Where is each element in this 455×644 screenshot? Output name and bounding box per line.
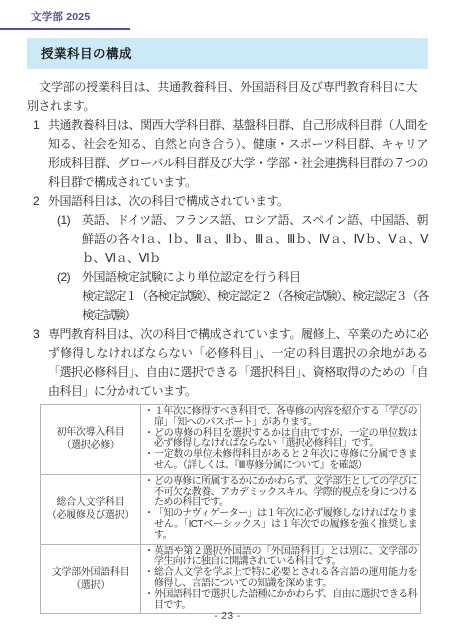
bullet-text: 英語や第２選択外国語の「外国語科目」とは別に、文学部の学生向けに独自に開講されて… xyxy=(154,547,417,569)
sub-item-2: (2) 外国語検定試験により単位認定を行う科目 xyxy=(27,268,428,287)
content-area: 授業科目の構成 文学部の授業科目は、共通教養科目、外国語科目及び専門教育科目に大… xyxy=(0,38,455,614)
bullet-icon: ・ xyxy=(144,407,154,429)
list-item-number: 2 xyxy=(33,192,48,211)
page-number: - 23 - xyxy=(0,611,455,622)
page-header: 文学部 2025 xyxy=(0,0,455,30)
table-bullet: ・ 一定数の単位未修得科目があると２年次に専修に分属できません。（詳しくは、『Ⅲ… xyxy=(144,450,417,472)
bullet-text: 総合人文学を学ぶ上で特に必要とされる各言語の運用能力を修得し、言語についての知識… xyxy=(154,568,417,590)
sub-item-1: (1) 英語、ドイツ語、フランス語、ロシア語、スペイン語、中国語、朝鮮語の各々Ⅰ… xyxy=(27,211,428,268)
bullet-icon: ・ xyxy=(144,568,154,590)
bullet-icon: ・ xyxy=(144,590,154,612)
bullet-text: どの専修に所属するかにかかわらず、文学部生としての学びに不可欠な教養、アカデミッ… xyxy=(154,477,417,509)
sub-item-number: (2) xyxy=(57,268,82,287)
header-label: 文学部 2025 xyxy=(31,9,455,24)
table-bullet: ・ 外国語科目で選択した語種にかかわらず、自由に選択できる科目です。 xyxy=(144,590,417,612)
category-type: （必履修及び選択） xyxy=(42,509,139,522)
table-bullet: ・ どの専修に所属するかにかかわらず、文学部生としての学びに不可欠な教養、アカデ… xyxy=(144,477,417,509)
table-bullet: ・ １年次に修得すべき科目で、各専修の内容を紹介する「学びの扉」「知へのパスポー… xyxy=(144,407,417,429)
list-item-text: 専門教育科目は、次の科目で構成されています。履修上、卒業のために必ず修得しなけれ… xyxy=(48,325,428,401)
table-bullet: ・ 英語や第２選択外国語の「外国語科目」とは別に、文学部の学生向けに独自に開講さ… xyxy=(144,547,417,569)
list-item-text: 共通教養科目は、関西大学科目群、基盤科目群、自己形成科目群（人間を知る、社会を知… xyxy=(48,116,428,192)
list-item-number: 3 xyxy=(33,325,48,401)
table-bullet: ・ 「知のナヴィゲーター」は１年次に必ず履修しなければなりません。「ICTベーシ… xyxy=(144,509,417,541)
category-name: 総合人文学科目 xyxy=(42,496,139,509)
bullet-text: 外国語科目で選択した語種にかかわらず、自由に選択できる科目です。 xyxy=(154,590,417,612)
sub-item-text: 外国語検定試験により単位認定を行う科目 xyxy=(82,268,428,287)
bullet-text: 「知のナヴィゲーター」は１年次に必ず履修しなければなりません。「ICTベーシック… xyxy=(154,509,417,541)
table-bullet: ・ どの専修の科目を選択するかは自由ですが、一定の単位数は必ず修得しなければなら… xyxy=(144,429,417,451)
list-item-3: 3 専門教育科目は、次の科目で構成されています。履修上、卒業のために必ず修得しな… xyxy=(27,325,428,401)
table-row: 文学部外国語科目 （選択） ・ 英語や第２選択外国語の「外国語科目」とは別に、文… xyxy=(41,544,421,614)
bullet-icon: ・ xyxy=(144,477,154,509)
category-type: （選択） xyxy=(42,579,139,592)
bullet-icon: ・ xyxy=(144,450,154,472)
table-row-description: ・ どの専修に所属するかにかかわらず、文学部生としての学びに不可欠な教養、アカデ… xyxy=(141,474,421,544)
table-row-label: 総合人文学科目 （必履修及び選択） xyxy=(41,474,141,544)
bullet-text: 一定数の単位未修得科目があると２年次に専修に分属できません。（詳しくは、『Ⅲ専修… xyxy=(154,450,417,472)
sub-item-number: (1) xyxy=(57,211,82,268)
bullet-icon: ・ xyxy=(144,429,154,451)
bullet-icon: ・ xyxy=(144,547,154,569)
table-row: 初年次導入科目 （選択必修） ・ １年次に修得すべき科目で、各専修の内容を紹介す… xyxy=(41,405,421,475)
sub-item-detail: 検定認定１（各検定試験）、検定認定２（各検定試験）、検定認定３（各検定試験） xyxy=(27,287,428,325)
list-item-2: 2 外国語科目は、次の科目で構成されています。 xyxy=(27,192,428,211)
table-row-label: 初年次導入科目 （選択必修） xyxy=(41,405,141,475)
bullet-text: どの専修の科目を選択するかは自由ですが、一定の単位数は必ず修得しなければならない… xyxy=(154,429,417,451)
category-name: 文学部外国語科目 xyxy=(42,566,139,579)
list-item-1: 1 共通教養科目は、関西大学科目群、基盤科目群、自己形成科目群（人間を知る、社会… xyxy=(27,116,428,192)
table-row: 総合人文学科目 （必履修及び選択） ・ どの専修に所属するかにかかわらず、文学部… xyxy=(41,474,421,544)
list-item-text: 外国語科目は、次の科目で構成されています。 xyxy=(48,192,428,211)
sub-item-text: 英語、ドイツ語、フランス語、ロシア語、スペイン語、中国語、朝鮮語の各々Ⅰａ、Ⅰｂ… xyxy=(82,211,428,268)
section-title: 授業科目の構成 xyxy=(27,38,428,69)
category-name: 初年次導入科目 xyxy=(42,426,139,439)
list-item-number: 1 xyxy=(33,116,48,192)
bullet-icon: ・ xyxy=(144,509,154,541)
category-type: （選択必修） xyxy=(42,439,139,452)
table-row-label: 文学部外国語科目 （選択） xyxy=(41,544,141,614)
bullet-text: １年次に修得すべき科目で、各専修の内容を紹介する「学びの扉」「知へのパスポート」… xyxy=(154,407,417,429)
table-bullet: ・ 総合人文学を学ぶ上で特に必要とされる各言語の運用能力を修得し、言語についての… xyxy=(144,568,417,590)
intro-paragraph: 文学部の授業科目は、共通教養科目、外国語科目及び専門教育科目に大別されます。 xyxy=(27,78,417,116)
course-category-table: 初年次導入科目 （選択必修） ・ １年次に修得すべき科目で、各専修の内容を紹介す… xyxy=(40,404,421,614)
header-rule xyxy=(0,28,130,30)
document-page: 文学部 2025 授業科目の構成 文学部の授業科目は、共通教養科目、外国語科目及… xyxy=(0,0,455,644)
table-row-description: ・ 英語や第２選択外国語の「外国語科目」とは別に、文学部の学生向けに独自に開講さ… xyxy=(141,544,421,614)
table-row-description: ・ １年次に修得すべき科目で、各専修の内容を紹介する「学びの扉」「知へのパスポー… xyxy=(141,405,421,475)
